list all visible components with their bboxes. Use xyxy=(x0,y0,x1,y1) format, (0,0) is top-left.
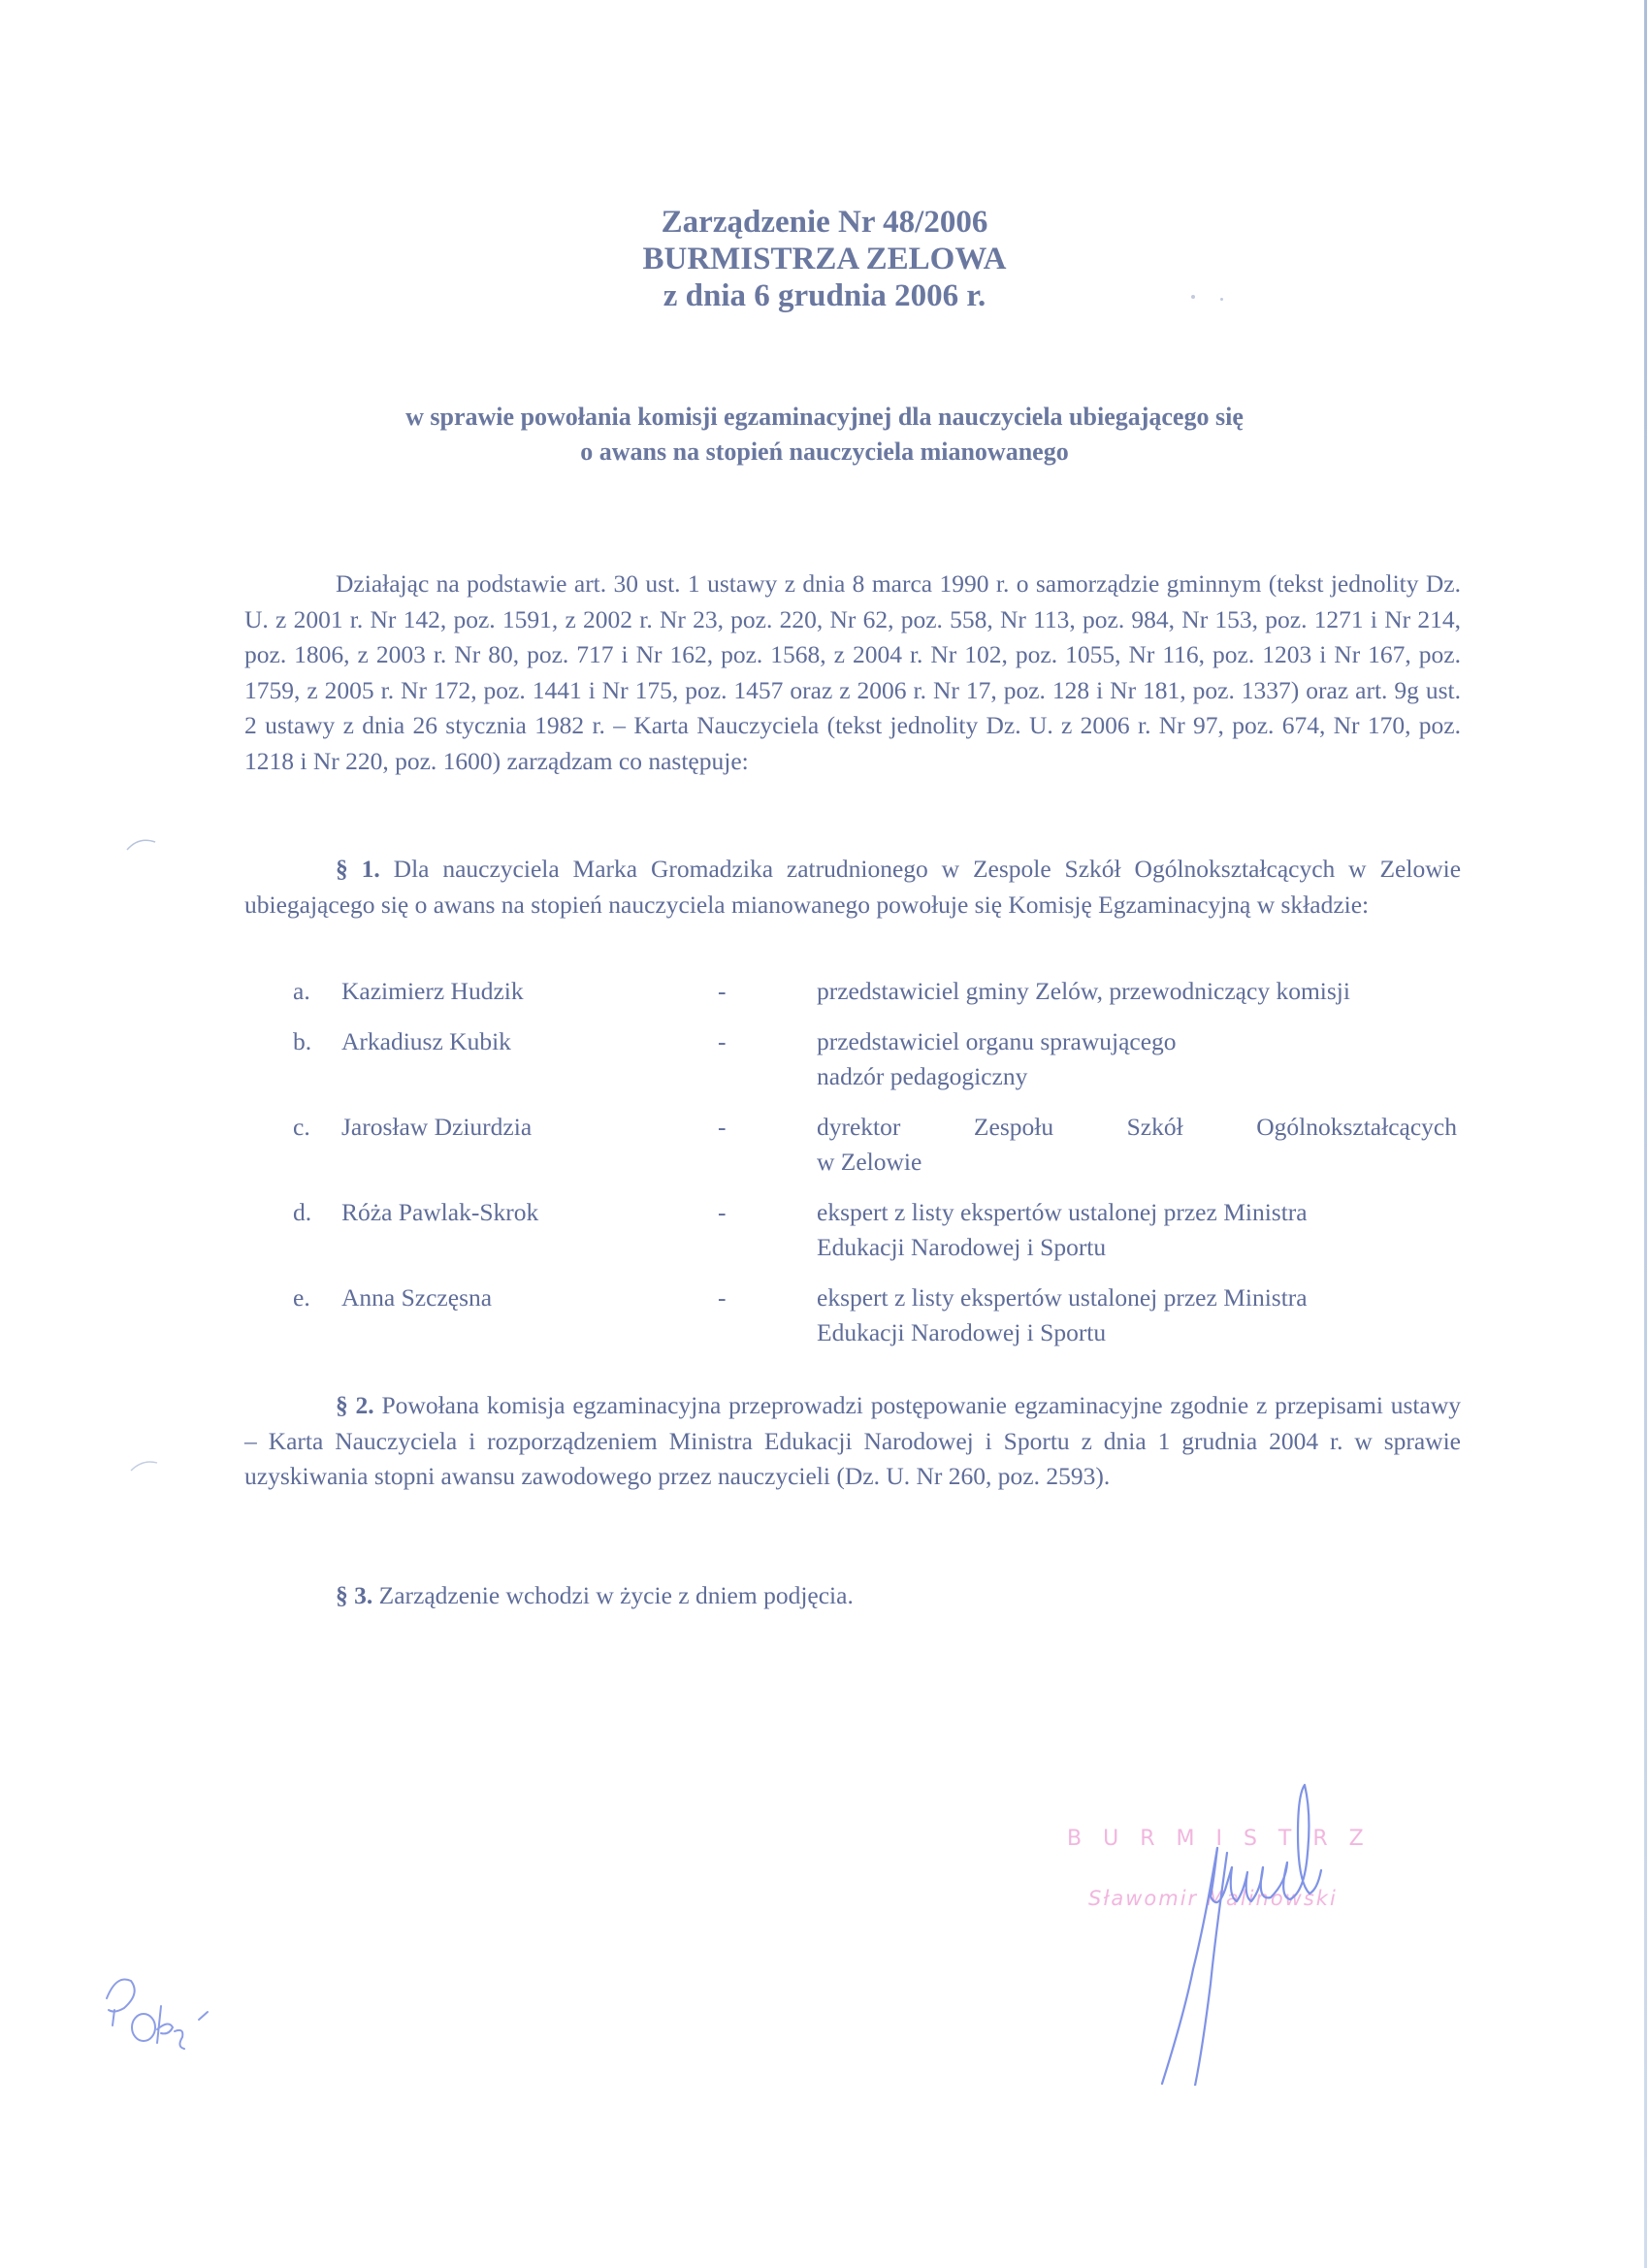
member-letter: c. xyxy=(293,1110,310,1145)
member-name: Róża Pawlak-Skrok xyxy=(341,1195,538,1230)
member-role-line: ekspert z listy ekspertów ustalonej prze… xyxy=(817,1280,1457,1315)
member-letter: d. xyxy=(293,1195,311,1230)
member-row: a. Kazimierz Hudzik - przedstawiciel gmi… xyxy=(291,974,1465,1009)
section-1-label: § 1. xyxy=(336,855,380,883)
subject-line-1: w sprawie powołania komisji egzaminacyjn… xyxy=(0,400,1649,435)
title-line-date: z dnia 6 grudnia 2006 r. xyxy=(0,277,1649,314)
member-role-line: ekspert z listy ekspertów ustalonej prze… xyxy=(817,1195,1457,1230)
member-role-line: Edukacji Narodowej i Sportu xyxy=(817,1230,1457,1265)
member-dash: - xyxy=(718,974,727,1009)
document-title: Zarządzenie Nr 48/2006 BURMISTRZA ZELOWA… xyxy=(0,204,1649,314)
legal-basis-text: Działając na podstawie art. 30 ust. 1 us… xyxy=(244,569,1461,775)
member-role-line: Edukacji Narodowej i Sportu xyxy=(817,1315,1457,1350)
member-role: dyrektor Zespołu Szkół Ogólnokształcącyc… xyxy=(817,1110,1457,1180)
document-page: Zarządzenie Nr 48/2006 BURMISTRZA ZELOWA… xyxy=(0,0,1649,2268)
member-role: ekspert z listy ekspertów ustalonej prze… xyxy=(817,1280,1457,1350)
member-row: c. Jarosław Dziurdzia - dyrektor Zespołu… xyxy=(291,1110,1465,1180)
member-name: Arkadiusz Kubik xyxy=(341,1024,511,1059)
member-row: e. Anna Szczęsna - ekspert z listy ekspe… xyxy=(291,1280,1465,1350)
member-role-line: dyrektor Zespołu Szkół Ogólnokształcącyc… xyxy=(817,1110,1457,1145)
member-role-line: przedstawiciel organu sprawującego xyxy=(817,1024,1457,1059)
member-dash: - xyxy=(718,1280,727,1315)
section-2-paragraph: § 2. Powołana komisja egzaminacyjna prze… xyxy=(244,1388,1461,1495)
margin-mark-icon xyxy=(128,1455,167,1474)
section-3-text: Zarządzenie wchodzi w życie z dniem podj… xyxy=(372,1581,854,1609)
member-role: przedstawiciel gminy Zelów, przewodniczą… xyxy=(817,974,1457,1009)
member-dash: - xyxy=(718,1024,727,1059)
scan-speck xyxy=(1191,295,1195,299)
commission-members-list: a. Kazimierz Hudzik - przedstawiciel gmi… xyxy=(291,974,1465,1350)
document-subject: w sprawie powołania komisji egzaminacyjn… xyxy=(0,400,1649,470)
member-role: przedstawiciel organu sprawującego nadzó… xyxy=(817,1024,1457,1094)
margin-mark-icon xyxy=(124,834,163,854)
section-3-label: § 3. xyxy=(336,1581,372,1609)
member-role-line: nadzór pedagogiczny xyxy=(817,1059,1457,1094)
member-letter: b. xyxy=(293,1024,311,1059)
section-3-paragraph: § 3. Zarządzenie wchodzi w życie z dniem… xyxy=(244,1578,1461,1614)
legal-basis-paragraph: Działając na podstawie art. 30 ust. 1 us… xyxy=(244,567,1461,779)
member-name: Anna Szczęsna xyxy=(341,1280,492,1315)
member-row: b. Arkadiusz Kubik - przedstawiciel orga… xyxy=(291,1024,1465,1094)
subject-line-2: o awans na stopień nauczyciela mianowane… xyxy=(0,435,1649,470)
title-line-number: Zarządzenie Nr 48/2006 xyxy=(0,204,1649,241)
member-name: Jarosław Dziurdzia xyxy=(341,1110,532,1145)
member-role-line: w Zelowie xyxy=(817,1145,1457,1180)
section-2-text: Powołana komisja egzaminacyjna przeprowa… xyxy=(244,1391,1461,1490)
member-role-line: przedstawiciel gminy Zelów, przewodniczą… xyxy=(817,977,1350,1005)
member-row: d. Róża Pawlak-Skrok - ekspert z listy e… xyxy=(291,1195,1465,1265)
section-1-text: Dla nauczyciela Marka Gromadzika zatrudn… xyxy=(244,855,1461,919)
scan-edge-line xyxy=(1644,0,1647,2268)
title-line-issuer: BURMISTRZA ZELOWA xyxy=(0,241,1649,277)
member-letter: e. xyxy=(293,1280,310,1315)
member-letter: a. xyxy=(293,974,310,1009)
section-1-paragraph: § 1. Dla nauczyciela Marka Gromadzika za… xyxy=(244,852,1461,923)
signature-icon xyxy=(1096,1775,1348,2086)
member-name: Kazimierz Hudzik xyxy=(341,974,524,1009)
scan-speck xyxy=(1220,298,1223,301)
section-2-label: § 2. xyxy=(336,1391,374,1419)
member-dash: - xyxy=(718,1110,727,1145)
member-role: ekspert z listy ekspertów ustalonej prze… xyxy=(817,1195,1457,1265)
handwritten-initials-icon xyxy=(87,1969,233,2057)
member-dash: - xyxy=(718,1195,727,1230)
